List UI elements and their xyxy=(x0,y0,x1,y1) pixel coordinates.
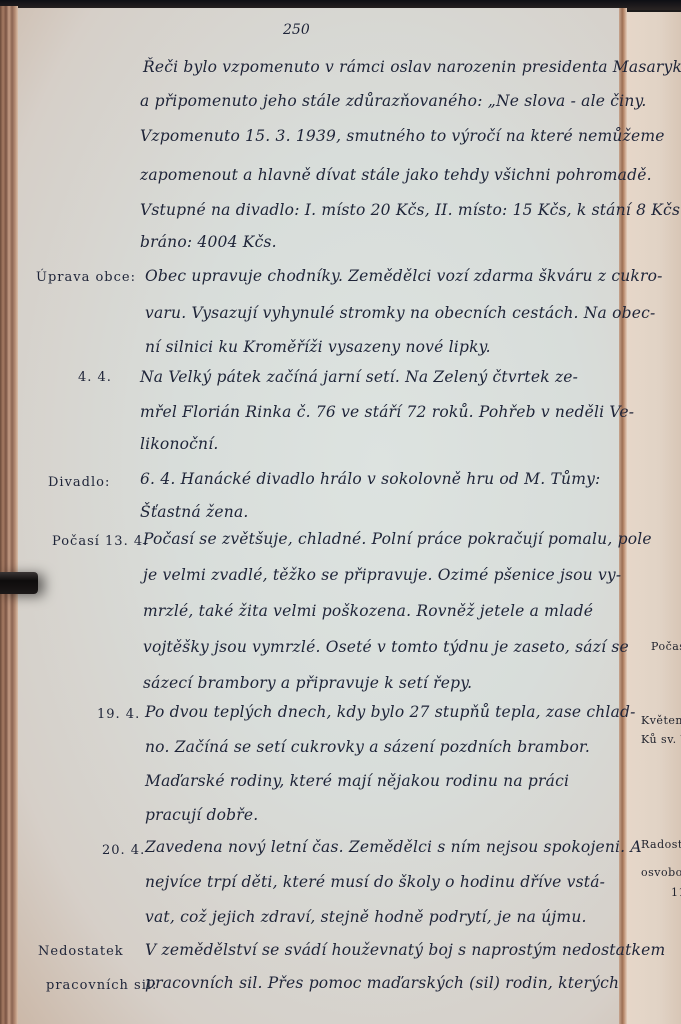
book-gutter xyxy=(619,8,627,1024)
right-page-note: 11 xyxy=(671,886,681,899)
text-line: Šťastná žena. xyxy=(140,503,249,521)
text-line: Po dvou teplých dnech, kdy bylo 27 stupň… xyxy=(145,703,636,721)
text-line: nejvíce trpí děti, které musí do školy o… xyxy=(145,873,605,891)
date-label: 4. 4. xyxy=(78,370,112,385)
text-line: Obec upravuje chodníky. Zemědělci vozí z… xyxy=(145,267,663,285)
left-page xyxy=(16,8,622,1024)
text-line: je velmi zvadlé, těžko se připravuje. Oz… xyxy=(143,566,621,584)
margin-note-nedostatek: Nedostatek xyxy=(38,944,124,959)
text-line: vojtěšky jsou vymrzlé. Oseté v tomto týd… xyxy=(143,638,629,656)
text-line: Zavedena nový letní čas. Zemědělci s ním… xyxy=(145,838,642,856)
text-line: varu. Vysazují vyhynulé stromky na obecn… xyxy=(145,304,655,322)
text-line: V zemědělství se svádí houževnatý boj s … xyxy=(145,941,665,959)
margin-note-pracovnich-sil: pracovních sil: xyxy=(46,978,157,993)
text-line: vat, což jejich zdraví, stejně hodně pod… xyxy=(145,908,587,926)
text-line: zapomenout a hlavně dívat stále jako teh… xyxy=(140,166,652,184)
right-page-note: osvoboz xyxy=(641,866,681,879)
text-line: Řeči bylo vzpomenuto v rámci oslav naroz… xyxy=(143,58,681,76)
right-page-note: Květen xyxy=(641,714,681,727)
page-number: 250 xyxy=(283,22,310,38)
text-line: mrzlé, také žita velmi poškozena. Rovněž… xyxy=(143,602,593,620)
text-line: Vzpomenuto 15. 3. 1939, smutného to výro… xyxy=(140,127,665,145)
text-line: likonoční. xyxy=(140,435,219,453)
text-line: mřel Florián Rinka č. 76 ve stáří 72 rok… xyxy=(140,403,634,421)
text-line: a připomenuto jeho stále zdůrazňovaného:… xyxy=(140,92,647,110)
text-line: Počasí se zvětšuje, chladné. Polní práce… xyxy=(143,530,652,548)
right-page-note: Ků sv. Vo xyxy=(641,733,681,746)
text-line: 6. 4. Hanácké divadlo hrálo v sokolovně … xyxy=(140,470,600,488)
right-page-note: Počas xyxy=(651,640,681,653)
text-line: Maďarské rodiny, které mají nějakou rodi… xyxy=(145,772,569,790)
text-line: no. Začíná se setí cukrovky a sázení poz… xyxy=(145,738,590,756)
text-line: pracovních sil. Přes pomoc maďarských (s… xyxy=(145,974,619,992)
text-line: ní silnici ku Kroměříži vysazeny nové li… xyxy=(145,338,491,356)
text-line: Na Velký pátek začíná jarní setí. Na Zel… xyxy=(140,368,578,386)
text-line: bráno: 4004 Kčs. xyxy=(140,233,277,251)
text-line: sázecí brambory a připravuje k setí řepy… xyxy=(143,674,472,692)
date-label: 19. 4. xyxy=(97,707,140,722)
binder-clip xyxy=(0,572,38,594)
text-line: Vstupné na divadlo: I. místo 20 Kčs, II.… xyxy=(140,201,681,219)
margin-note-uprava-obce: Úprava obce: xyxy=(36,270,136,285)
margin-note-pocasi: Počasí 13. 4. xyxy=(52,534,148,549)
margin-note-divadlo: Divadlo: xyxy=(48,475,110,490)
text-line: pracují dobře. xyxy=(145,806,258,824)
right-page-note: Radost xyxy=(641,838,681,851)
date-label: 20. 4. xyxy=(102,843,145,858)
book-page-edges xyxy=(0,6,18,1024)
